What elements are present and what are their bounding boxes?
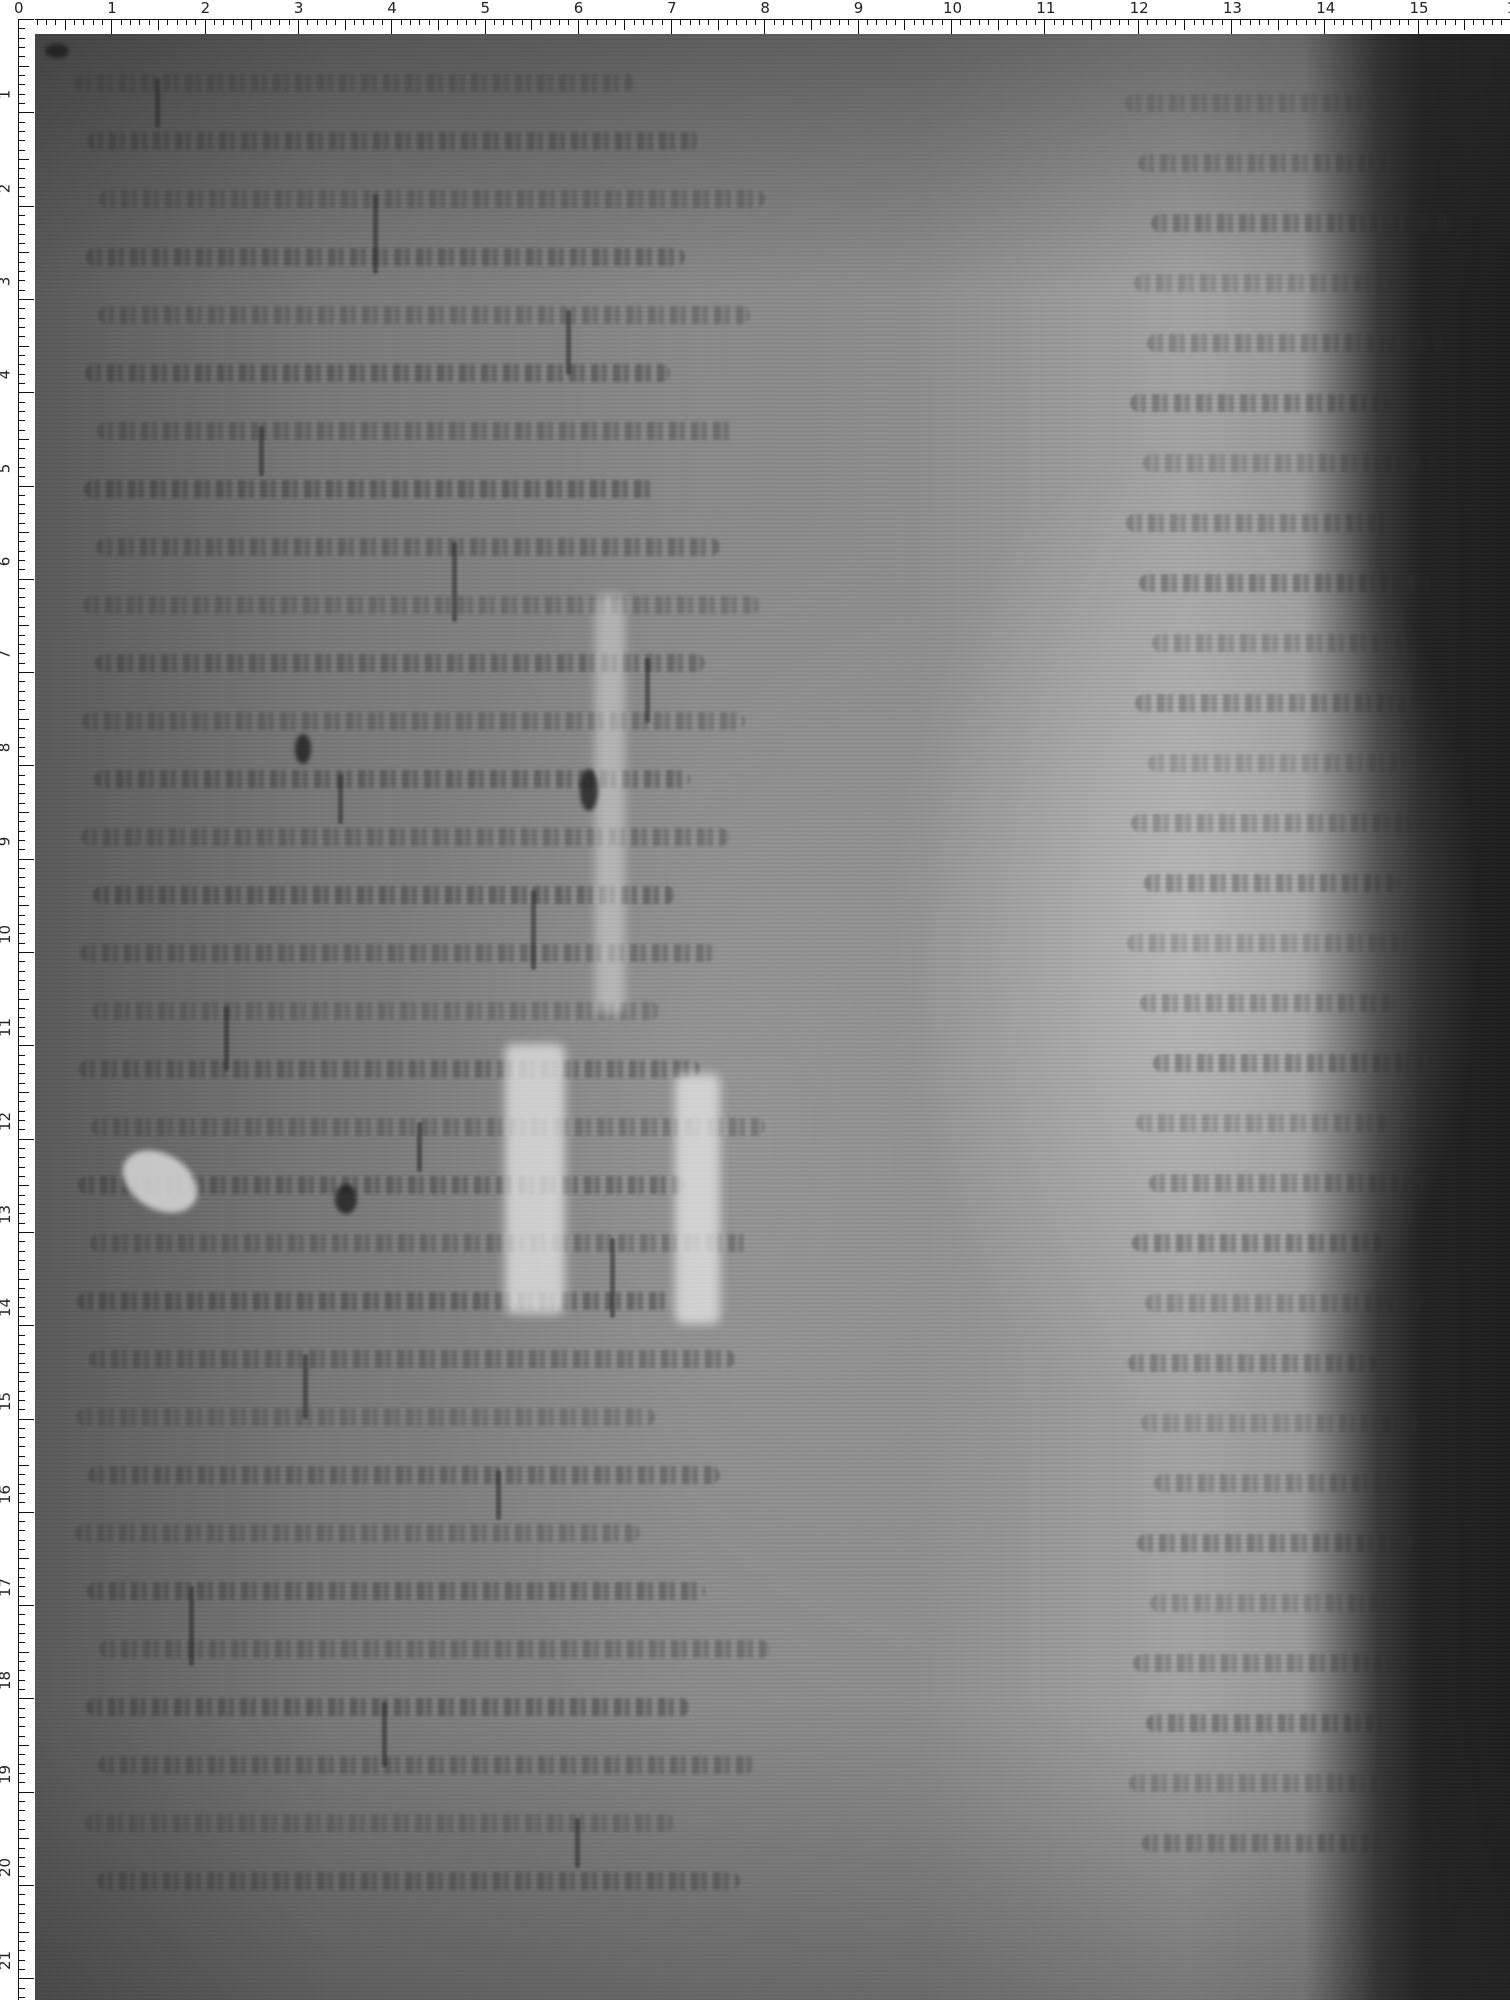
ruler-label: 8 — [0, 743, 12, 753]
handwriting-line — [82, 712, 745, 730]
ruler-tick — [18, 1064, 25, 1065]
ruler-tick — [186, 19, 187, 25]
ruler-tick — [18, 709, 25, 710]
ruler-tick — [1184, 19, 1185, 30]
ruler-tick — [18, 411, 25, 412]
ruler-tick — [373, 19, 374, 25]
ruler-tick — [214, 19, 215, 25]
ruler-tick — [18, 1157, 25, 1158]
ruler-tick — [18, 1251, 25, 1252]
ruler-tick — [802, 19, 803, 25]
ruler-label: 8 — [760, 1, 770, 16]
ruler-tick — [18, 1530, 25, 1531]
ruler-tick — [680, 19, 681, 25]
ruler-label: 11 — [1036, 1, 1055, 16]
ruler-tick — [18, 1204, 25, 1205]
ruler-tick — [1418, 19, 1419, 34]
ruler-tick — [18, 1960, 25, 1961]
ruler-tick — [18, 1801, 25, 1802]
ruler-tick — [18, 775, 25, 776]
ruler-label: 3 — [294, 1, 304, 16]
ruler-tick — [18, 1363, 25, 1364]
ruler-tick — [18, 1297, 25, 1298]
ruler-tick — [242, 19, 243, 25]
ruler-tick — [18, 803, 25, 804]
handwriting-line — [75, 1524, 640, 1542]
ruler-tick — [18, 1111, 25, 1112]
ruler-label: 11 — [0, 1018, 13, 1037]
ruler-tick — [18, 924, 25, 925]
ruler-tick — [764, 19, 765, 34]
ruler-tick — [494, 19, 495, 25]
ruler-tick — [18, 178, 25, 179]
ruler-tick — [18, 374, 25, 375]
ruler-tick — [18, 1017, 25, 1018]
ruler-tick — [820, 19, 821, 25]
ruler-tick — [18, 1400, 25, 1401]
handwriting-line — [1138, 154, 1407, 172]
ruler-tick — [18, 1045, 34, 1046]
ruler-tick — [195, 19, 196, 25]
ruler-tick — [960, 19, 961, 25]
ruler-tick — [1455, 19, 1456, 25]
ruler-tick — [1194, 19, 1195, 25]
ruler-tick — [951, 19, 952, 34]
ruler-tick — [18, 486, 34, 487]
ruler-tick — [1380, 19, 1381, 25]
ruler-tick — [942, 19, 943, 25]
ruler-tick — [662, 19, 663, 25]
ruler-tick — [18, 420, 25, 421]
ruler-tick — [18, 1456, 25, 1457]
descender-stroke — [338, 774, 343, 824]
ruler-tick — [18, 271, 25, 272]
ruler-tick — [18, 681, 25, 682]
ruler-tick — [512, 19, 513, 25]
handwriting-line — [91, 1118, 765, 1136]
ruler-tick — [83, 19, 84, 25]
ruler-label: 2 — [0, 183, 12, 193]
handwriting-line — [96, 538, 720, 556]
ruler-label: 15 — [0, 1391, 13, 1410]
ruler-tick — [1110, 19, 1111, 25]
ruler-tick — [18, 1913, 25, 1914]
ruler-tick — [708, 19, 709, 25]
ruler-label: 4 — [0, 370, 12, 380]
ruler-tick — [18, 607, 25, 608]
ruler-tick — [18, 1372, 29, 1373]
ruler-tick — [18, 476, 25, 477]
ruler-tick — [858, 19, 859, 34]
ruler-tick — [1278, 19, 1279, 30]
ruler-tick — [1324, 19, 1325, 34]
ruler-tick — [18, 327, 25, 328]
ruler-label: 15 — [1410, 1, 1429, 16]
ruler-tick — [1445, 19, 1446, 25]
ruler-tick — [18, 588, 25, 589]
handwriting-line — [1152, 634, 1413, 652]
handwriting-line — [1131, 814, 1419, 832]
ruler-tick — [18, 290, 25, 291]
ruler-tick — [18, 66, 29, 67]
handwriting-line — [93, 886, 675, 904]
ruler-tick — [18, 1419, 34, 1420]
ruler-tick — [550, 19, 551, 25]
ruler-tick — [18, 859, 34, 860]
ruler-tick — [998, 19, 999, 30]
ruler-tick — [18, 1055, 25, 1056]
ruler-tick — [18, 1353, 25, 1354]
ruler-tick — [1175, 19, 1176, 25]
ruler-tick — [18, 299, 34, 300]
ruler-tick — [18, 1829, 25, 1830]
ruler-tick — [139, 19, 140, 25]
ruler-tick — [718, 19, 719, 30]
ruler-tick — [18, 168, 25, 169]
ruler-tick — [223, 19, 224, 25]
ruler-tick — [18, 308, 25, 309]
ruler-tick — [1007, 19, 1008, 25]
ruler-tick — [895, 19, 896, 25]
ruler-tick — [1436, 19, 1437, 25]
ruler-tick — [1156, 19, 1157, 25]
ruler-tick — [18, 112, 34, 113]
ruler-tick — [18, 1932, 29, 1933]
ruler-tick — [18, 1848, 25, 1849]
handwriting-line — [79, 1060, 700, 1078]
ruler-tick — [1072, 19, 1073, 25]
handwriting-line — [98, 306, 750, 324]
ruler-tick — [18, 653, 25, 654]
ruler-tick — [18, 122, 25, 123]
ruler-tick — [559, 19, 560, 25]
ruler-tick — [18, 793, 25, 794]
ruler-tick — [1408, 19, 1409, 25]
ruler-tick — [18, 1493, 25, 1494]
ruler-tick — [18, 747, 25, 748]
ruler-tick — [18, 1521, 25, 1522]
ruler-tick — [18, 336, 25, 337]
ruler-tick — [363, 19, 364, 25]
ruler-label: 1 — [107, 1, 117, 16]
ruler-tick — [18, 1316, 25, 1317]
ruler-tick — [18, 1484, 25, 1485]
ruler-tick — [18, 1866, 25, 1867]
ruler-tick — [18, 1680, 25, 1681]
handwriting-line — [89, 1350, 735, 1368]
handwriting-line — [1125, 94, 1365, 112]
ruler-tick — [18, 103, 25, 104]
ruler-tick — [18, 150, 25, 151]
handwriting-line — [1134, 274, 1401, 292]
ruler-tick — [65, 19, 66, 30]
ruler-tick — [596, 19, 597, 25]
ruler-tick — [18, 551, 25, 552]
ruler-tick — [18, 1344, 25, 1345]
ruler-tick — [18, 1773, 25, 1774]
ruler-tick — [335, 19, 336, 25]
ruler-tick — [18, 262, 25, 263]
ruler-tick — [177, 19, 178, 25]
descender-stroke — [259, 426, 264, 476]
ruler-tick — [746, 19, 747, 25]
handwriting-line — [86, 1698, 690, 1716]
ruler-tick — [18, 1624, 25, 1625]
ruler-tick — [1026, 19, 1027, 25]
handwriting-line — [1143, 454, 1437, 472]
ruler-tick — [18, 1614, 25, 1615]
ruler-tick — [18, 1652, 29, 1653]
ruler-tick — [18, 943, 25, 944]
ruler-tick — [18, 1904, 25, 1905]
ruler-tick — [1371, 19, 1372, 30]
ruler-tick — [18, 737, 25, 738]
ruler-tick — [18, 691, 25, 692]
ruler-tick — [18, 1736, 25, 1737]
handwriting-line — [76, 1408, 655, 1426]
handwriting-line — [1150, 1594, 1395, 1612]
ruler-tick — [419, 19, 420, 25]
ruler-tick — [18, 1176, 25, 1177]
ruler-tick — [317, 19, 318, 25]
ruler-label: 0 — [14, 1, 24, 16]
ruler-tick — [18, 812, 29, 813]
ruler-tick — [18, 1428, 25, 1429]
ruler-tick — [18, 887, 25, 888]
handwriting-line — [98, 1756, 755, 1774]
ruler-tick — [18, 1288, 25, 1289]
ruler-tick — [18, 1195, 25, 1196]
ruler-tick — [1035, 19, 1036, 25]
ruler-tick — [410, 19, 411, 25]
ruler-tick — [1343, 19, 1344, 25]
ruler-tick — [18, 1232, 34, 1233]
ruler-tick — [345, 19, 346, 30]
handwriting-line — [92, 1002, 660, 1020]
ruler-tick — [18, 187, 25, 188]
ruler-tick — [18, 560, 25, 561]
handwriting-line — [1146, 1714, 1389, 1732]
ruler-tick — [503, 19, 504, 25]
ruler-tick — [18, 1950, 25, 1951]
ruler-tick — [736, 19, 737, 25]
ruler-tick — [18, 1633, 25, 1634]
ruler-tick — [867, 19, 868, 25]
ruler-tick — [18, 75, 25, 76]
ruler-tick — [1091, 19, 1092, 30]
ruler-label: 12 — [1130, 1, 1149, 16]
ruler-tick — [18, 402, 25, 403]
ruler-tick — [774, 19, 775, 25]
ruler-tick — [18, 1894, 25, 1895]
ruler-tick — [18, 56, 25, 57]
ruler-tick — [18, 905, 29, 906]
ruler-tick — [18, 1577, 25, 1578]
ruler-tick — [18, 346, 29, 347]
ruler-label: 13 — [1223, 1, 1242, 16]
ruler-tick — [886, 19, 887, 25]
handwriting-line — [77, 1292, 670, 1310]
ruler-tick — [158, 19, 159, 30]
ruler-tick — [18, 569, 25, 570]
ruler-tick — [18, 448, 25, 449]
ruler-label: 21 — [0, 1951, 13, 1970]
ruler-tick — [18, 140, 25, 141]
ruler-tick — [18, 896, 25, 897]
ruler-tick — [18, 504, 25, 505]
ruler-label: 10 — [943, 1, 962, 16]
ruler-tick — [755, 19, 756, 25]
handwriting-line — [1149, 1174, 1431, 1192]
ruler-tick — [46, 19, 47, 25]
ruler-label: 14 — [0, 1298, 13, 1317]
ruler-tick — [18, 1446, 25, 1447]
ruler-tick — [568, 19, 569, 25]
descender-stroke — [496, 1470, 501, 1520]
handwriting-line — [85, 1814, 675, 1832]
ruler-tick — [18, 663, 25, 664]
ruler-tick — [1250, 19, 1251, 25]
ruler-tick — [18, 989, 25, 990]
ruler-tick — [904, 19, 905, 30]
ruler-tick — [18, 84, 25, 85]
ruler-tick — [1268, 19, 1269, 25]
ink-blot — [45, 44, 69, 58]
ruler-tick — [18, 1922, 25, 1923]
ruler-tick — [18, 1307, 25, 1308]
handwriting-line — [99, 190, 765, 208]
handwriting-line — [1128, 1354, 1377, 1372]
descender-stroke — [155, 78, 160, 128]
handwriting-line — [1139, 574, 1431, 592]
ruler-tick — [540, 19, 541, 25]
ruler-tick — [18, 1036, 25, 1037]
ruler-tick — [18, 1139, 34, 1140]
ruler-baseline — [18, 19, 19, 2000]
ruler-tick — [18, 458, 25, 459]
ruler-tick — [18, 1129, 25, 1130]
handwriting-line — [1148, 754, 1407, 772]
ruler-tick — [18, 355, 25, 356]
ruler-tick — [18, 1213, 25, 1214]
ruler-tick — [18, 1437, 25, 1438]
ruler-tick — [18, 1717, 25, 1718]
ruler-tick — [690, 19, 691, 25]
ruler-tick — [18, 1027, 25, 1028]
ruler-tick — [18, 1726, 25, 1727]
ruler-tick — [18, 1857, 25, 1858]
ruler-label: 14 — [1316, 1, 1335, 16]
ruler-tick — [18, 439, 29, 440]
ruler-tick — [18, 1642, 25, 1643]
ruler-tick — [18, 94, 25, 95]
ruler-tick — [1119, 19, 1120, 25]
ruler-tick — [18, 980, 25, 981]
ruler-tick — [587, 19, 588, 25]
ruler-label: 13 — [0, 1205, 13, 1224]
handwriting-line — [1142, 1834, 1383, 1852]
ruler-tick — [18, 1586, 25, 1587]
ruler-tick — [18, 318, 25, 319]
ruler-tick — [1212, 19, 1213, 25]
ruler-tick — [18, 1708, 25, 1709]
bright-patch — [595, 594, 625, 1014]
handwriting-line — [1136, 1114, 1389, 1132]
descender-stroke — [575, 1818, 580, 1868]
ruler-tick — [18, 784, 25, 785]
bright-patch — [675, 1074, 720, 1324]
ruler-tick — [18, 831, 25, 832]
ruler-tick — [37, 19, 38, 25]
ruler-tick — [18, 821, 25, 822]
ruler-tick — [18, 1764, 25, 1765]
ruler-tick — [18, 1969, 25, 1970]
ruler-tick — [18, 1008, 25, 1009]
ruler-tick — [93, 19, 94, 25]
ruler-label: 2 — [201, 1, 211, 16]
ruler-tick — [18, 1502, 25, 1503]
ruler-tick — [624, 19, 625, 30]
ruler-tick — [18, 840, 25, 841]
ruler-tick — [839, 19, 840, 25]
ruler-tick — [1138, 19, 1139, 34]
handwriting-line — [83, 596, 760, 614]
ruler-tick — [18, 392, 34, 393]
ruler-tick — [251, 19, 252, 30]
ruler-tick — [18, 1876, 25, 1877]
ruler-tick — [18, 1670, 25, 1671]
ruler-tick — [18, 19, 34, 20]
ruler-tick — [18, 877, 25, 878]
ruler-tick — [699, 19, 700, 25]
ruler-tick — [18, 532, 29, 533]
ruler-tick — [18, 1148, 25, 1149]
ruler-tick — [18, 1792, 34, 1793]
ruler-label: 6 — [0, 557, 12, 567]
ruler-tick — [18, 495, 25, 496]
ruler-tick — [18, 1073, 25, 1074]
ruler-tick — [429, 19, 430, 25]
ruler-label: 18 — [0, 1671, 13, 1690]
ruler-tick — [18, 1381, 25, 1382]
ruler-tick — [876, 19, 877, 25]
ruler-tick — [18, 1838, 29, 1839]
ruler-label: 6 — [574, 1, 584, 16]
ruler-tick — [1063, 19, 1064, 25]
ruler-tick — [18, 215, 25, 216]
bright-patch — [505, 1044, 565, 1314]
ruler-tick — [74, 19, 75, 25]
ruler-tick — [18, 728, 25, 729]
ruler-tick — [18, 1568, 25, 1569]
handwriting-line — [1141, 1414, 1419, 1432]
ruler-tick — [18, 234, 25, 235]
ruler-tick — [261, 19, 262, 25]
ruler-label: 17 — [0, 1578, 13, 1597]
ruler-tick — [1464, 19, 1465, 30]
ruler-tick — [531, 19, 532, 30]
ruler-tick — [979, 19, 980, 25]
ruler-tick — [792, 19, 793, 25]
handwriting-line — [90, 1234, 750, 1252]
ruler-tick — [438, 19, 439, 30]
ruler-tick — [457, 19, 458, 25]
ruler-label: 7 — [667, 1, 677, 16]
ruler-label: 9 — [0, 836, 12, 846]
ruler-tick — [298, 19, 299, 34]
ruler-tick — [18, 1997, 25, 1998]
ruler-tick — [18, 196, 25, 197]
